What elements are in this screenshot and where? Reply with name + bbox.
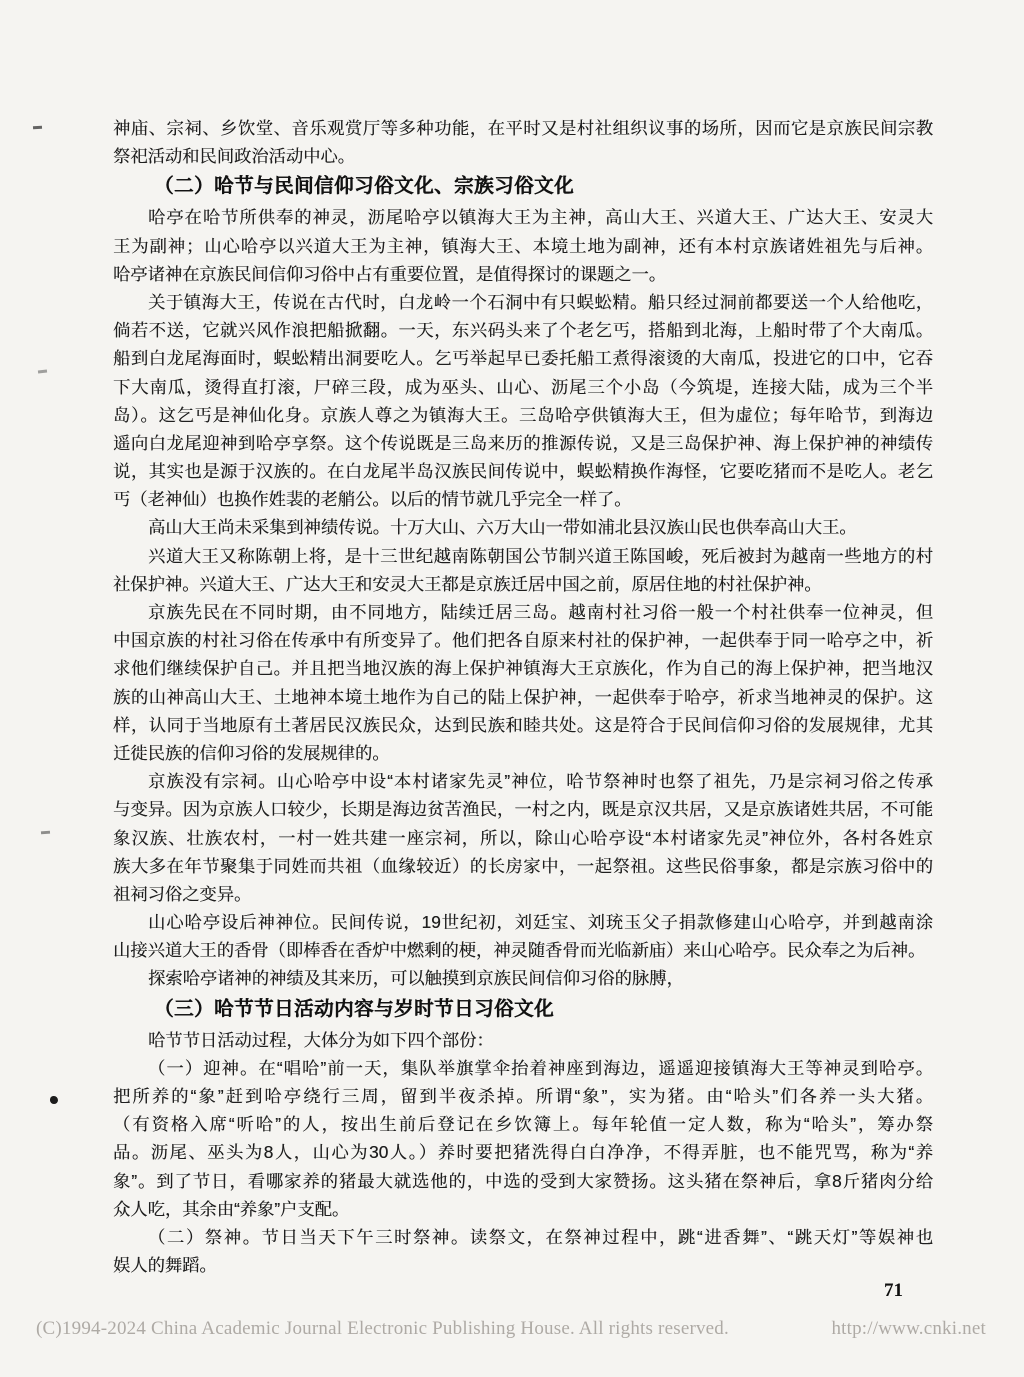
text-line: 遥向白龙尾迎神到哈亭享祭。这个传说既是三岛来历的推源传说，又是三岛保护神、海上保… (113, 429, 933, 457)
text-line: 品。沥尾、巫头为8人，山心为30人。）养时要把猪洗得白白净净，不得弄脏，也不能咒… (113, 1138, 933, 1166)
text-line: 哈亭在哈节所供奉的神灵，沥尾哈亭以镇海大王为主神，高山大王、兴道大王、广达大王、… (113, 203, 933, 231)
text-line: （一）迎神。在“唱哈”前一天，集队举旗掌伞抬着神座到海边，遥遥迎接镇海大王等神灵… (113, 1054, 933, 1082)
text-line: 祭祀活动和民间政治活动中心。 (113, 142, 933, 170)
text-line: 神庙、宗祠、乡饮堂、音乐观赏厅等多种功能，在平时又是村社组织议事的场所，因而它是… (113, 114, 933, 142)
footer-url: http://www.cnki.net (831, 1318, 986, 1340)
text-line: 船到白龙尾海面时，蜈蚣精出洞要吃人。乞丐举起早已委托船工煮得滚烫的大南瓜，投进它… (113, 344, 933, 372)
footer: (C)1994-2024 China Academic Journal Elec… (36, 1318, 986, 1340)
article-text-block: 神庙、宗祠、乡饮堂、音乐观赏厅等多种功能，在平时又是村社组织议事的场所，因而它是… (113, 114, 933, 1279)
text-line: （有资格入席“听哈”的人，按出生前后登记在乡饮簿上。每年轮值一定人数，称为“哈头… (113, 1110, 933, 1138)
footer-copyright: (C)1994-2024 China Academic Journal Elec… (36, 1318, 729, 1340)
text-line: 样，认同于当地原有土著居民汉族民众，达到民族和睦共处。这是符合于民间信仰习俗的发… (113, 711, 933, 739)
text-line: 京族没有宗祠。山心哈亭中设“本村诸家先灵”神位，哈节祭神时也祭了祖先，乃是宗祠习… (113, 767, 933, 795)
text-line: 象汉族、壮族农村，一村一姓共建一座宗祠，所以，除山心哈亭设“本村诸家先灵”神位外… (113, 824, 933, 852)
text-line: 下大南瓜，烫得直打滚，尸碎三段，成为巫头、山心、沥尾三个小岛（今筑堤，连接大陆，… (113, 373, 933, 401)
section-heading: （二）哈节与民间信仰习俗文化、宗族习俗文化 (113, 170, 933, 203)
text-line: 社保护神。兴道大王、广达大王和安灵大王都是京族迁居中国之前，原居住地的村社保护神… (113, 570, 933, 598)
text-line: 山心哈亭设后神神位。民间传说，19世纪初，刘廷宝、刘珫玉父子捐款修建山心哈亭，并… (113, 908, 933, 936)
text-line: 王为副神；山心哈亭以兴道大王为主神，镇海大王、本境土地为副神，还有本村京族诸姓祖… (113, 232, 933, 260)
text-line: 丐（老神仙）也换作姓裴的老艄公。以后的情节就几乎完全一样了。 (113, 485, 933, 513)
text-line: 兴道大王又称陈朝上将，是十三世纪越南陈朝国公节制兴道王陈国峻，死后被封为越南一些… (113, 542, 933, 570)
text-line: 关于镇海大王，传说在古代时，白龙岭一个石洞中有只蜈蚣精。船只经过洞前都要送一个人… (113, 288, 933, 316)
scanned-journal-page: 神庙、宗祠、乡饮堂、音乐观赏厅等多种功能，在平时又是村社组织议事的场所，因而它是… (0, 0, 1024, 1377)
text-line: 中国京族的村社习俗在传承中有所变异了。他们把各自原来村社的保护神，一起供奉于同一… (113, 626, 933, 654)
text-line: 哈节节日活动过程，大体分为如下四个部份： (113, 1026, 933, 1054)
text-line: 祖祠习俗之变异。 (113, 880, 933, 908)
text-line: 京族先民在不同时期，由不同地方，陆续迁居三岛。越南村社习俗一般一个村社供奉一位神… (113, 598, 933, 626)
section-heading: （三）哈节节日活动内容与岁时节日习俗文化 (113, 993, 933, 1026)
margin-scan-mark (38, 370, 47, 374)
text-line: 求他们继续保护自己。并且把当地汉族的海上保护神镇海大王京族化，作为自己的海上保护… (113, 654, 933, 682)
text-line: 迁徙民族的信仰习俗的发展规律的。 (113, 739, 933, 767)
text-line: 象”。到了节日，看哪家养的猪最大就选他的，中选的受到大家赞扬。这头猪在祭神后，拿… (113, 1167, 933, 1195)
text-line: 探索哈亭诸神的神绩及其来历，可以触摸到京族民间信仰习俗的脉膊， (113, 964, 933, 992)
text-line: 族的山神高山大王、土地神本境土地作为自己的陆上保护神，一起供奉于哈亭，祈求当地神… (113, 683, 933, 711)
text-line: 高山大王尚未采集到神绩传说。十万大山、六万大山一带如浦北县汉族山民也供奉高山大王… (113, 513, 933, 541)
text-line: 山接兴道大王的香骨（即棒香在香炉中燃剩的梗，神灵随香骨而光临新庙）来山心哈亭。民… (113, 936, 933, 964)
text-line: 说，其实也是源于汉族的。在白龙尾半岛汉族民间传说中，蜈蚣精换作海怪，它要吃猪而不… (113, 457, 933, 485)
page-number: 71 (884, 1280, 903, 1302)
text-line: 把所养的“象”赶到哈亭绕行三周，留到半夜杀掉。所谓“象”，实为猪。由“哈头”们各… (113, 1082, 933, 1110)
text-line: （二）祭神。节日当天下午三时祭神。读祭文，在祭神过程中，跳“进香舞”、“跳天灯”… (113, 1223, 933, 1251)
text-line: 娱人的舞蹈。 (113, 1251, 933, 1279)
text-line: 岛）。这乞丐是神仙化身。京族人尊之为镇海大王。三岛哈亭供镇海大王，但为虚位；每年… (113, 401, 933, 429)
margin-scan-mark (41, 831, 50, 835)
text-line: 与变异。因为京族人口较少，长期是海边贫苦渔民，一村之内，既是京汉共居，又是京族诸… (113, 795, 933, 823)
text-line: 倘若不送，它就兴风作浪把船掀翻。一天，东兴码头来了个老乞丐，搭船到北海，上船时带… (113, 316, 933, 344)
margin-scan-mark (33, 126, 42, 129)
text-line: 众人吃，其余由“养象”户支配。 (113, 1195, 933, 1223)
text-line: 族大多在年节聚集于同姓而共祖（血缘较近）的长房家中，一起祭祖。这些民俗事象，都是… (113, 852, 933, 880)
text-line: 哈亭诸神在京族民间信仰习俗中占有重要位置，是值得探讨的课题之一。 (113, 260, 933, 288)
margin-scan-mark (50, 1096, 58, 1104)
